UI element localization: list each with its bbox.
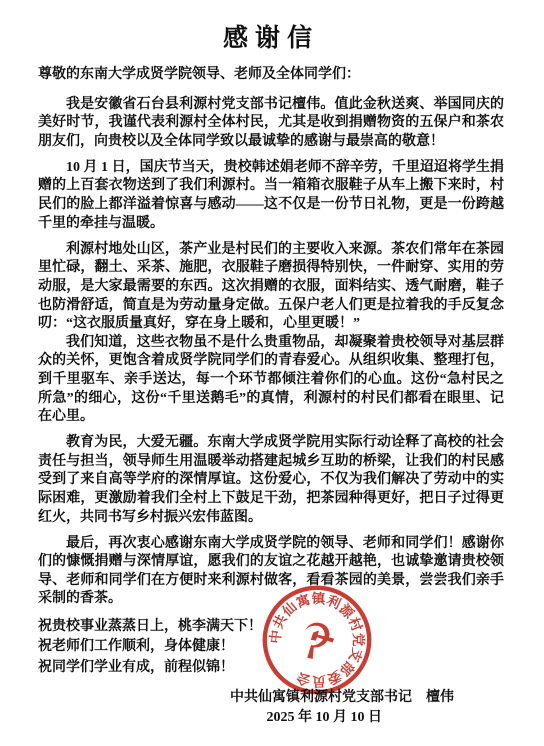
date: 2025 年 10 月 10 日 bbox=[38, 709, 504, 727]
wish-teachers: 祝老师们工作顺利，身体健康！ bbox=[38, 637, 504, 658]
letter-page: 感谢信 尊敬的东南大学成贤学院领导、老师及全体同学们： 我是安徽省石台县利源村党… bbox=[0, 0, 544, 746]
paragraph-gratitude: 我们知道，这些衣物虽不是什么贵重物品，却凝聚着贵校领导对基层群众的关怀，更饱含着… bbox=[38, 334, 504, 427]
wish-school: 祝贵校事业蒸蒸日上，桃李满天下！ bbox=[38, 617, 504, 638]
paragraph-education: 教育为民，大爱无疆。东南大学成贤学院用实际行动诠释了高校的社会责任与担当，领导师… bbox=[38, 434, 504, 527]
salutation: 尊敬的东南大学成贤学院领导、老师及全体同学们： bbox=[38, 66, 504, 85]
wish-students: 祝同学们学业有成，前程似锦！ bbox=[38, 658, 504, 679]
paragraph-invitation: 最后，再次衷心感谢东南大学成贤学院的领导、老师和同学们！感谢你们的慷慨捐赠与深情… bbox=[38, 535, 504, 609]
paragraph-delivery: 10 月 1 日，国庆节当天，贵校韩述娟老师不辞辛劳，千里迢迢将学生捐赠的上百套… bbox=[38, 159, 504, 233]
wishes-block: 祝贵校事业蒸蒸日上，桃李满天下！ 祝老师们工作顺利，身体健康！ 祝同学们学业有成… bbox=[38, 617, 504, 679]
signature: 中共仙寓镇利源村党支部书记 檀伟 bbox=[38, 687, 504, 709]
paragraph-tea-village: 利源村地处山区，茶产业是村民们的主要收入来源。茶农们常年在茶园里忙碌，翻土、采茶… bbox=[38, 241, 504, 334]
paragraph-intro: 我是安徽省石台县利源村党支部书记檀伟。值此金秋送爽、举国同庆的美好时节，我谨代表… bbox=[38, 96, 504, 152]
signature-block: 中共仙寓镇利源村党支部书记 檀伟 2025 年 10 月 10 日 bbox=[38, 687, 504, 727]
page-title: 感谢信 bbox=[38, 24, 504, 54]
